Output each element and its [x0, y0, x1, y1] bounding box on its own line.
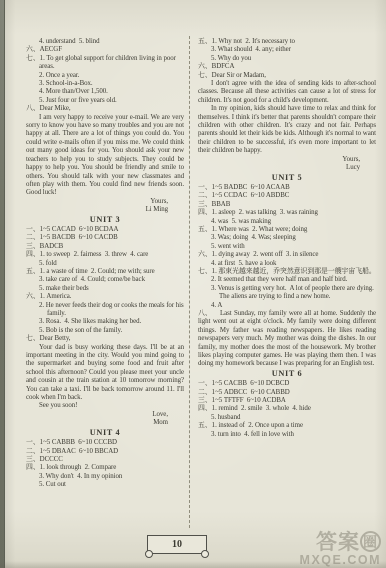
answer-line: 5. Bob is the son of the family.: [39, 327, 184, 335]
unit-heading: UNIT 3: [26, 215, 184, 226]
answer-line: 七、Dear Sir or Madam,: [198, 72, 376, 80]
answer-line: 2. It seemed that they were half man and…: [211, 276, 376, 284]
answer-line: Yours,: [26, 198, 184, 206]
answers-column-right: 五、1. Why not 2. It's necessary to3. What…: [198, 38, 376, 439]
answer-line: 5. went with: [211, 243, 376, 251]
watermark-circled-char: 圈: [360, 531, 381, 552]
answer-line: 七、1. 那束光越来越近，乔突然意识到那是一艘宇宙飞船。: [198, 268, 376, 276]
page-bottom-shadow: [0, 561, 386, 568]
answer-line: 5. Why do you: [211, 55, 376, 63]
answer-line: 2. He never feeds their dog or cooks the…: [39, 302, 184, 319]
answer-line: See you soon!: [26, 402, 184, 410]
answer-book-page: { "page": { "number": "10", "watermark":…: [0, 0, 386, 568]
answer-line: 五、1. a waste of time 2. Could; me with; …: [26, 268, 184, 276]
answer-line: 4. at first 5. have a look: [211, 260, 376, 268]
page-number-box: 10: [147, 535, 207, 554]
answer-line: 二、1~5 ADBCC 6~10 CABBD: [198, 389, 376, 397]
answer-line: 3. Rosa. 4. She likes making her bed.: [39, 318, 184, 326]
section-marker: 八、: [198, 310, 212, 318]
answer-line: Lucy: [198, 164, 376, 172]
answer-line: I don't agree with the idea of sending k…: [198, 80, 376, 105]
answer-line: 3. Was; doing 4. Was; sleeping: [211, 234, 376, 242]
answer-line: 3. turn into 4. fell in love with: [211, 431, 376, 439]
answer-line: 四、1. look through 2. Compare: [26, 464, 184, 472]
answer-line: 三、BADCB: [26, 243, 184, 251]
answer-line: 六、BDFCA: [198, 63, 376, 71]
answers-column-left: 4. understand 5. blind六、AECGF七、1. To get…: [26, 38, 184, 490]
answer-line: 4. was 5. was making: [211, 218, 376, 226]
unit-heading: UNIT 4: [26, 428, 184, 439]
watermark-brand: 答案圈: [300, 531, 381, 554]
unit-heading: UNIT 6: [198, 369, 376, 380]
answer-line: 3. take care of 4. Could; come/be back: [39, 276, 184, 284]
answer-line: 五、1. Why not 2. It's necessary to: [198, 38, 376, 46]
page-ornament-circle-left: [145, 550, 153, 558]
unit-heading: UNIT 5: [198, 173, 376, 184]
answer-line: Your dad is busy working these days. I'l…: [26, 344, 184, 403]
answer-line: 六、1. dying away 2. went off 3. in silenc…: [198, 251, 376, 259]
answer-line: 二、1~5 DBAAC 6~10 BBCAD: [26, 448, 184, 456]
answer-line: 八、Last Sunday, my family were all at hom…: [198, 310, 376, 369]
answer-line: 3. Venus is getting very hot. A lot of p…: [211, 285, 376, 302]
answer-line: 一、1~5 CACBB 6~10 DCBCD: [198, 380, 376, 388]
answer-line: 3. School-in-a-Box.: [39, 80, 184, 88]
answer-line: 5. Cut out: [39, 481, 184, 489]
answer-line: 5. make their beds: [39, 285, 184, 293]
answer-line: 四、1. to sweep 2. fairness 3. threw 4. ca…: [26, 251, 184, 259]
answer-line: 八、Dear Mike,: [26, 105, 184, 113]
answer-line: 3. What should 4. any; either: [211, 46, 376, 54]
answer-line: 四、1. asleep 2. was talking 3. was rainin…: [198, 209, 376, 217]
answer-line: Yours,: [198, 156, 376, 164]
answer-line: 4. More than/Over 1,500.: [39, 88, 184, 96]
answer-line: 二、1~5 CCDAC 6~10 ABDBC: [198, 192, 376, 200]
book-spine-edge: [0, 0, 5, 568]
answer-line: 二、1~5 BACDB 6~10 CACDB: [26, 234, 184, 242]
page-number: 10: [172, 539, 182, 550]
answer-line: Mom: [26, 419, 184, 427]
answer-line: 七、Dear Betty,: [26, 335, 184, 343]
answer-text: Last Sunday, my family were all at home.…: [198, 310, 376, 369]
page-ornament-circle-right: [201, 550, 209, 558]
answer-line: 六、AECGF: [26, 46, 184, 54]
answer-line: 5. Just four or five years old.: [39, 97, 184, 105]
watermark-brand-text: 答案: [316, 531, 360, 554]
answer-line: In my opinion, kids should have time to …: [198, 105, 376, 155]
column-divider-line: [189, 36, 190, 528]
answer-line: 4. A: [211, 302, 376, 310]
answer-line: 一、1~5 CABBB 6~10 CCCBD: [26, 439, 184, 447]
answer-line: 3. Why don't 4. In my opinion: [39, 473, 184, 481]
answer-line: 六、1. America.: [26, 293, 184, 301]
answer-line: 五、1. instead of 2. Once upon a time: [198, 422, 376, 430]
answer-line: 2. Once a year.: [39, 72, 184, 80]
answer-line: 七、1. To get global support for children …: [26, 55, 184, 72]
answer-line: I am very happy to receive your e-mail. …: [26, 114, 184, 198]
answer-line: 四、1. remind 2. smile 3. whole 4. hide: [198, 405, 376, 413]
answer-line: Li Ming: [26, 206, 184, 214]
answer-line: 三、BBAB: [198, 201, 376, 209]
answer-line: 5. fold: [39, 260, 184, 268]
answer-line: 五、1. Where was 2. What were; doing: [198, 226, 376, 234]
answer-line: Love,: [26, 411, 184, 419]
